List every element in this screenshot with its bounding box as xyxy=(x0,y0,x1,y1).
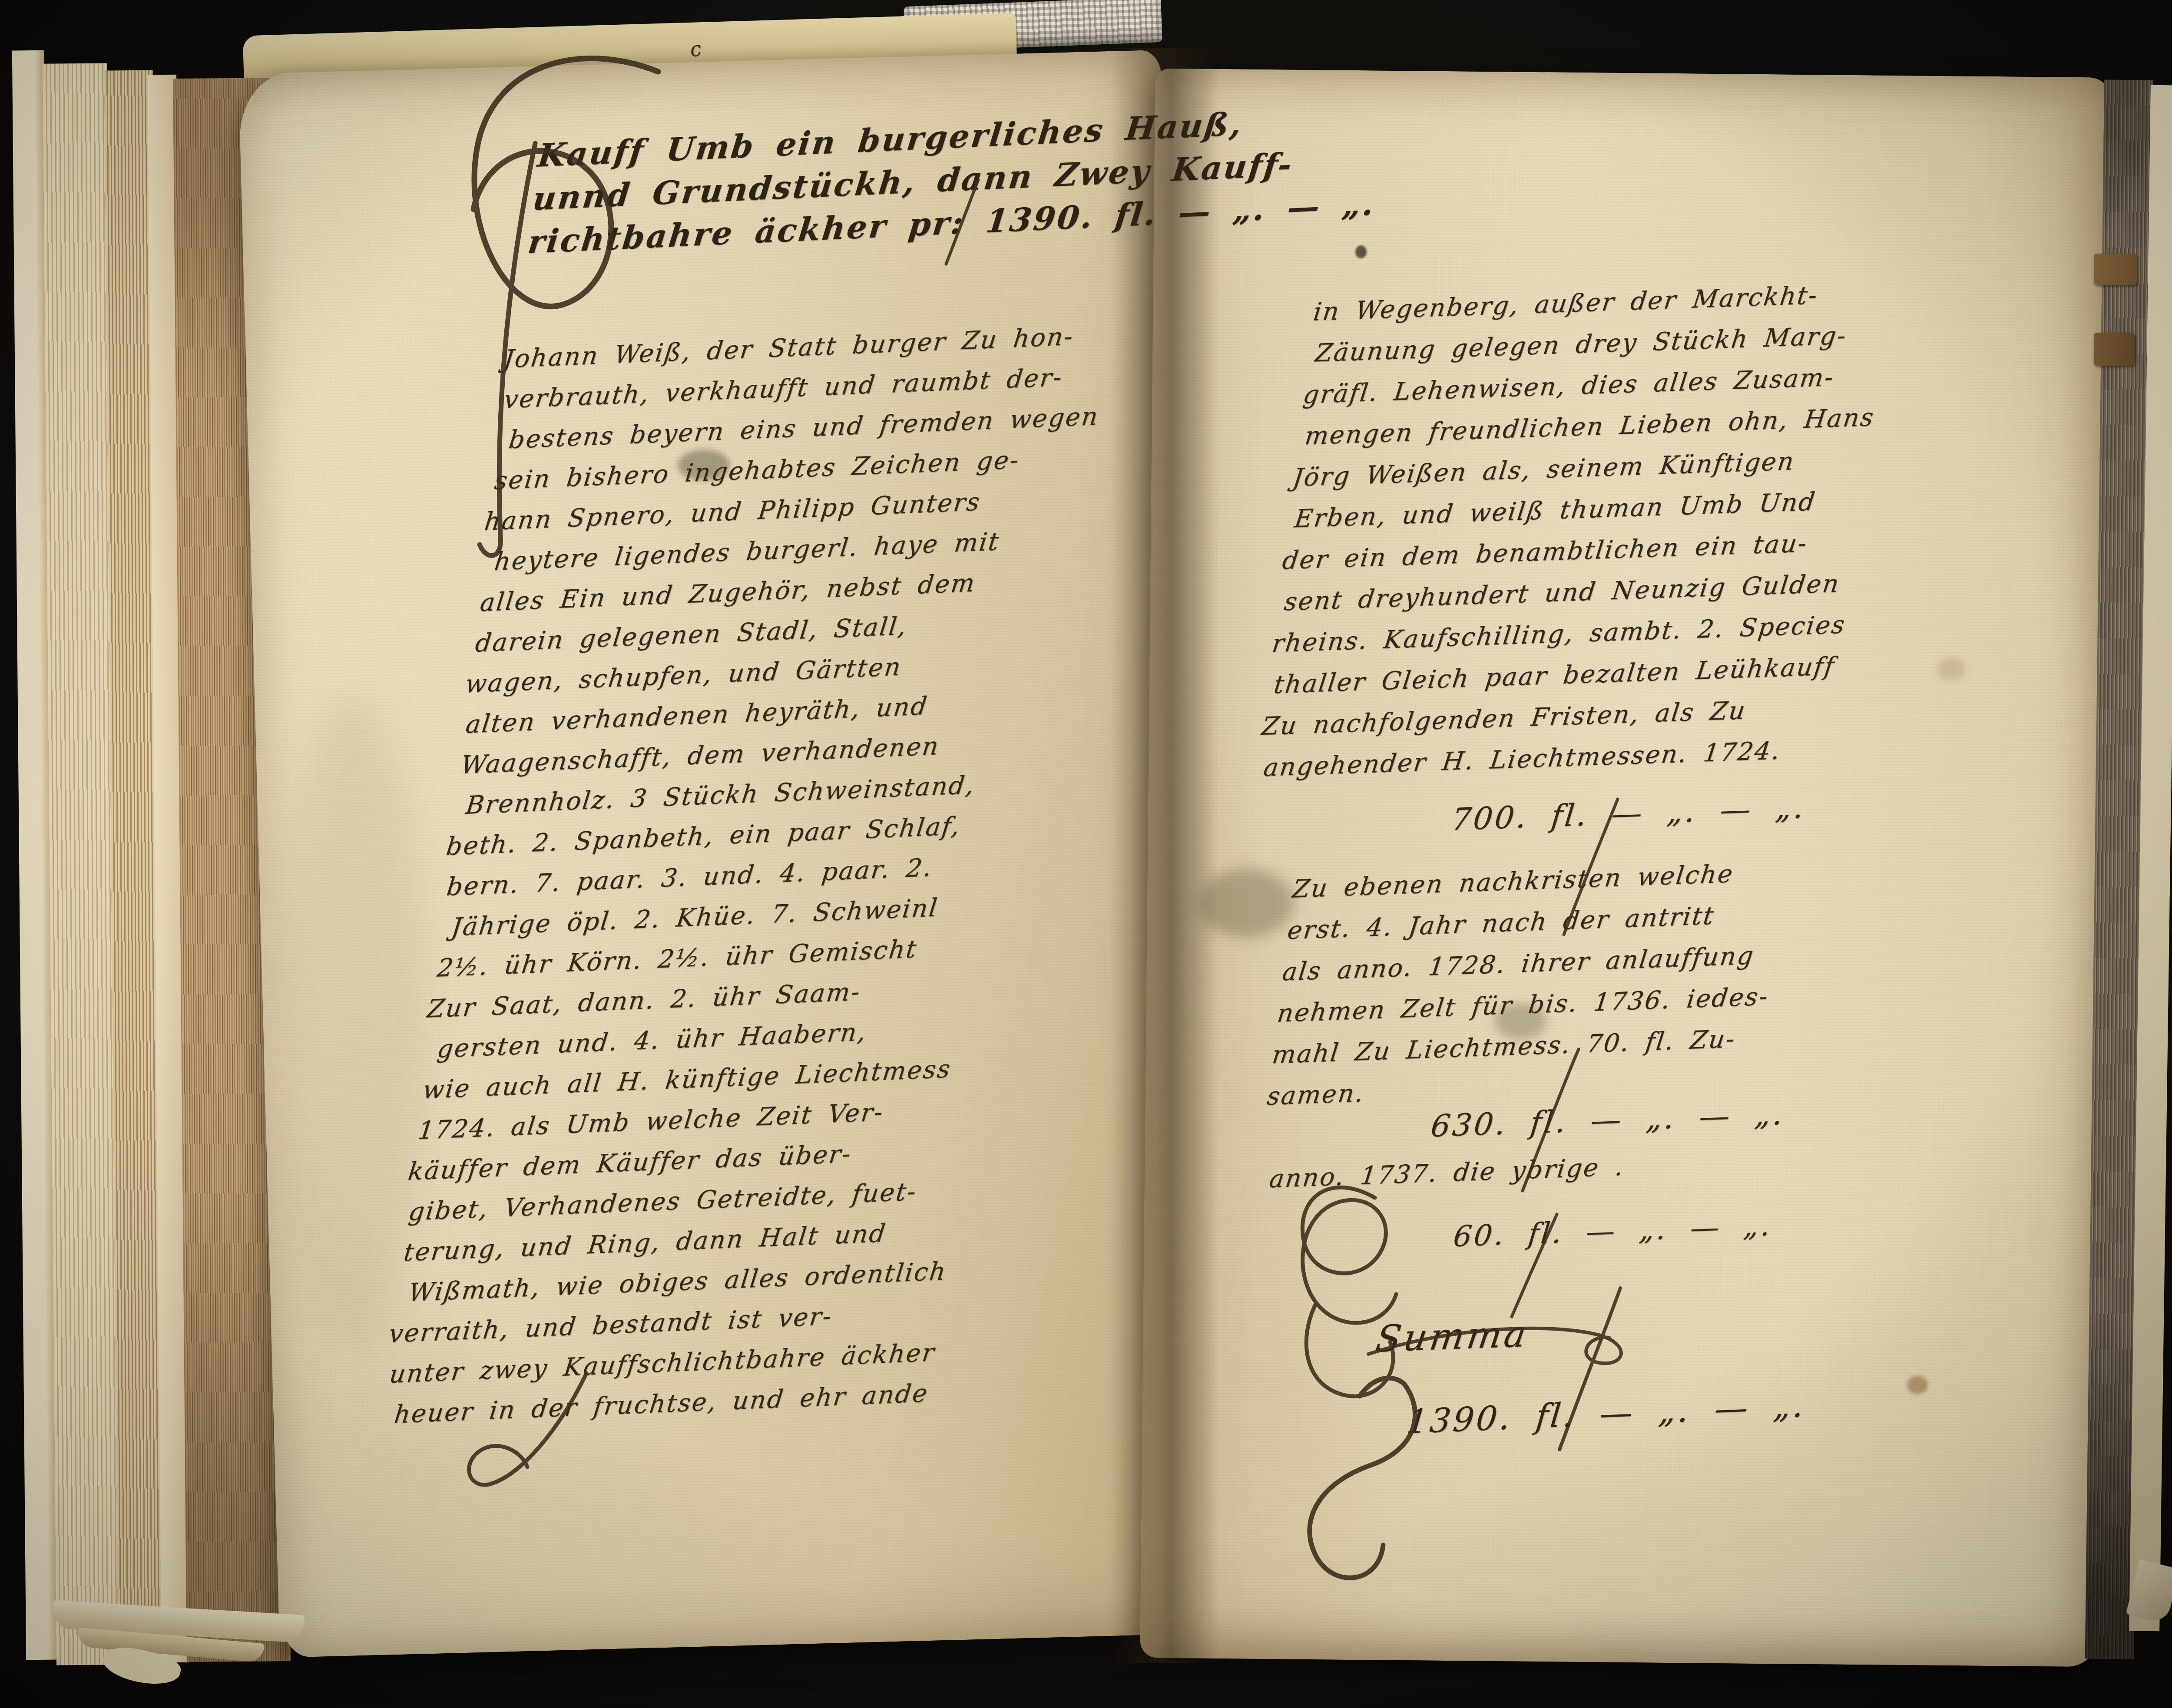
foxing-stain xyxy=(1907,1376,1928,1394)
gutter-shadow xyxy=(1110,48,1219,1663)
manuscript-photo: c Kauff Umb ein burgerliches Hauß,unnd G… xyxy=(0,0,2172,1708)
right-page-installments: Zu ebenen nachkristen welcheerst. 4. Jah… xyxy=(1265,852,1786,1117)
summa-label: Summa xyxy=(1373,1312,1532,1361)
paper-discoloration xyxy=(278,695,426,1346)
foxing-stain xyxy=(1937,658,1965,681)
right-page-body: in Wegenberg, außer der Marckht-Zäunung … xyxy=(1254,272,1893,789)
index-tab xyxy=(2094,333,2135,366)
ink-dot xyxy=(1355,245,1367,258)
ink-smudge xyxy=(1199,869,1295,938)
index-tab xyxy=(2094,254,2137,285)
